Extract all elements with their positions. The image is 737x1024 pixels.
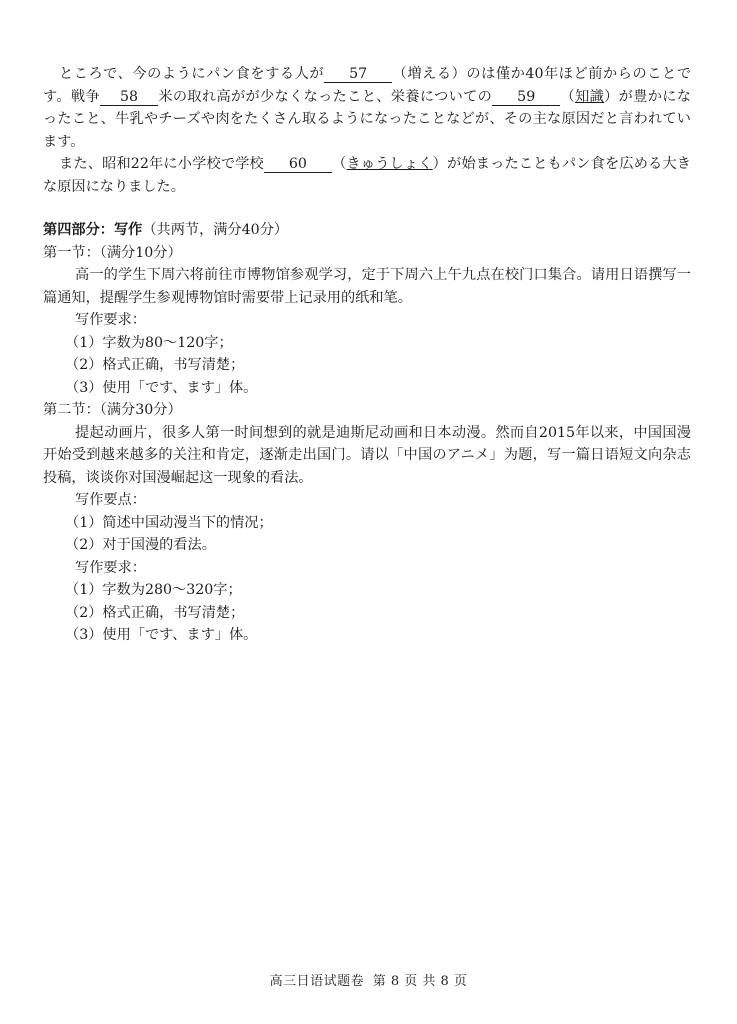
reading-text: （ [560,89,575,105]
page-footer: 高三日语试题卷 第 8 页 共 8 页 [0,970,737,989]
section-2-requirement: （2）格式正确，书写清楚； [43,602,691,625]
section-2-prompt: 提起动画片，很多人第一时间想到的就是迪斯尼动画和日本动漫。然而自2015年以来，… [43,422,691,490]
reading-text: 米の取れ高がが少なくなったこと、栄養についての [158,89,492,105]
section-2-requirements-label: 写作要求： [43,557,691,580]
section-1-requirement: （2）格式正确，书写清楚； [43,354,691,377]
section-2-requirement: （3）使用「です、ます」体。 [43,624,691,647]
section-1-requirement: （3）使用「です、ます」体。 [43,377,691,400]
spacer [43,198,691,219]
part-score: （共两节，满分40分） [142,222,288,238]
hint-word-60: きゅうしょく [346,156,432,172]
part-heading: 第四部分：写作（共两节，满分40分） [43,219,691,242]
hint-word-59: 知識 [575,89,604,105]
section-2-points-label: 写作要点： [43,489,691,512]
page-number: 第 8 页 共 8 页 [373,974,468,989]
answer-blank-59: 59 [492,89,560,106]
part-title: 第四部分：写作 [43,222,142,238]
answer-blank-60: 60 [264,156,332,173]
exam-name: 高三日语试题卷 [270,974,365,989]
reading-paragraph-2: また、昭和22年に小学校で学校60（きゅうしょく）が始まったこともパン食を広める… [43,153,691,198]
section-1-title: 第一节：（满分10分） [43,242,691,265]
reading-text: ところで、今のようにパン食をする人が [59,66,324,82]
reading-text: （ [332,156,347,172]
answer-blank-57: 57 [324,66,392,83]
exam-page-content: ところで、今のようにパン食をする人が57（増える）のは僅か40年ほど前からのこと… [43,63,691,647]
answer-blank-58: 58 [100,89,158,106]
section-1-requirement: （1）字数为80～120字； [43,332,691,355]
section-1-requirements-label: 写作要求： [43,309,691,332]
section-2-title: 第二节：（满分30分） [43,399,691,422]
section-2-point: （1）简述中国动漫当下的情况； [43,512,691,535]
section-1-prompt: 高一的学生下周六将前往市博物馆参观学习，定于下周六上午九点在校门口集合。请用日语… [43,264,691,309]
section-2-point: （2）对于国漫的看法。 [43,534,691,557]
section-2-requirement: （1）字数为280～320字； [43,579,691,602]
reading-paragraph-1: ところで、今のようにパン食をする人が57（増える）のは僅か40年ほど前からのこと… [43,63,691,153]
reading-text: また、昭和22年に小学校で学校 [59,156,264,172]
